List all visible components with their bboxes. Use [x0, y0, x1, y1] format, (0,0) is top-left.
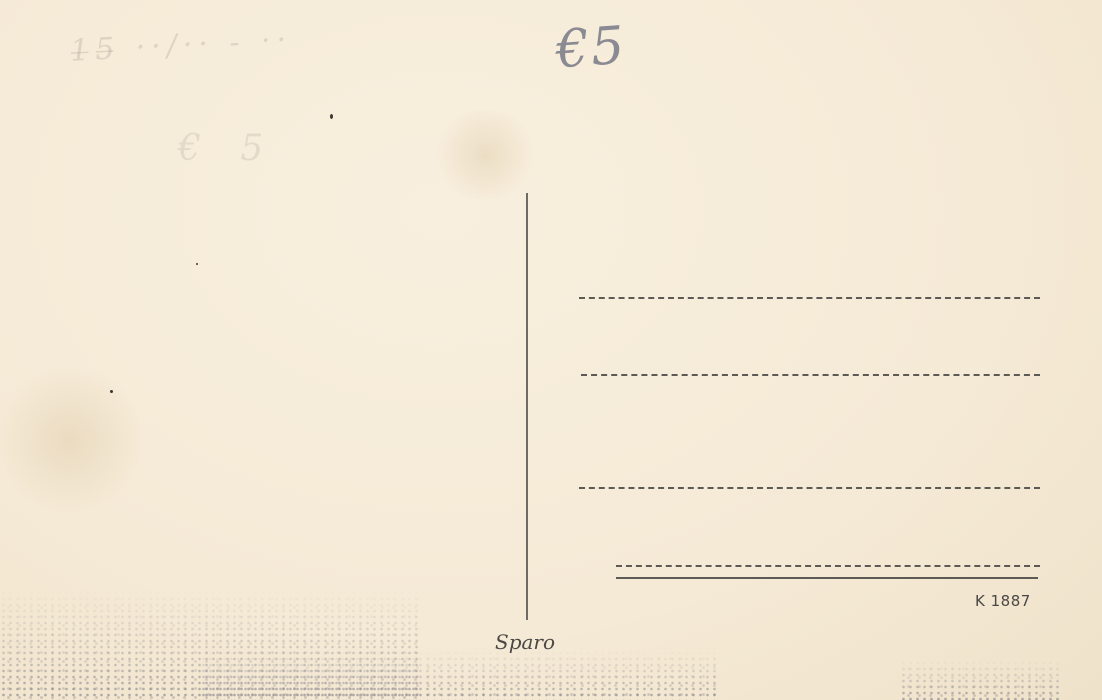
center-divider-line: [526, 193, 528, 620]
faint-pencil-note: 1̶5̶ ··/·· - ··: [69, 22, 293, 69]
address-line-1: [579, 297, 1040, 299]
address-line-2: [581, 374, 1040, 376]
pencil-price-mark: €5: [554, 16, 628, 81]
edge-wear: [200, 650, 720, 700]
address-line-3: [579, 487, 1040, 489]
ink-speck: [330, 114, 333, 119]
ink-speck: [196, 263, 198, 265]
address-underline: [616, 577, 1038, 579]
address-line-4: [616, 565, 1040, 567]
paper-stain: [0, 360, 140, 520]
serial-number: K 1887: [975, 592, 1031, 610]
faint-pencil-price: € 5: [178, 128, 277, 169]
ink-speck: [110, 390, 113, 393]
postcard-back: 1̶5̶ ··/·· - ·· € 5 €5 K 1887 Sparo: [0, 0, 1102, 700]
paper-stain: [430, 110, 540, 200]
edge-wear: [900, 660, 1060, 700]
